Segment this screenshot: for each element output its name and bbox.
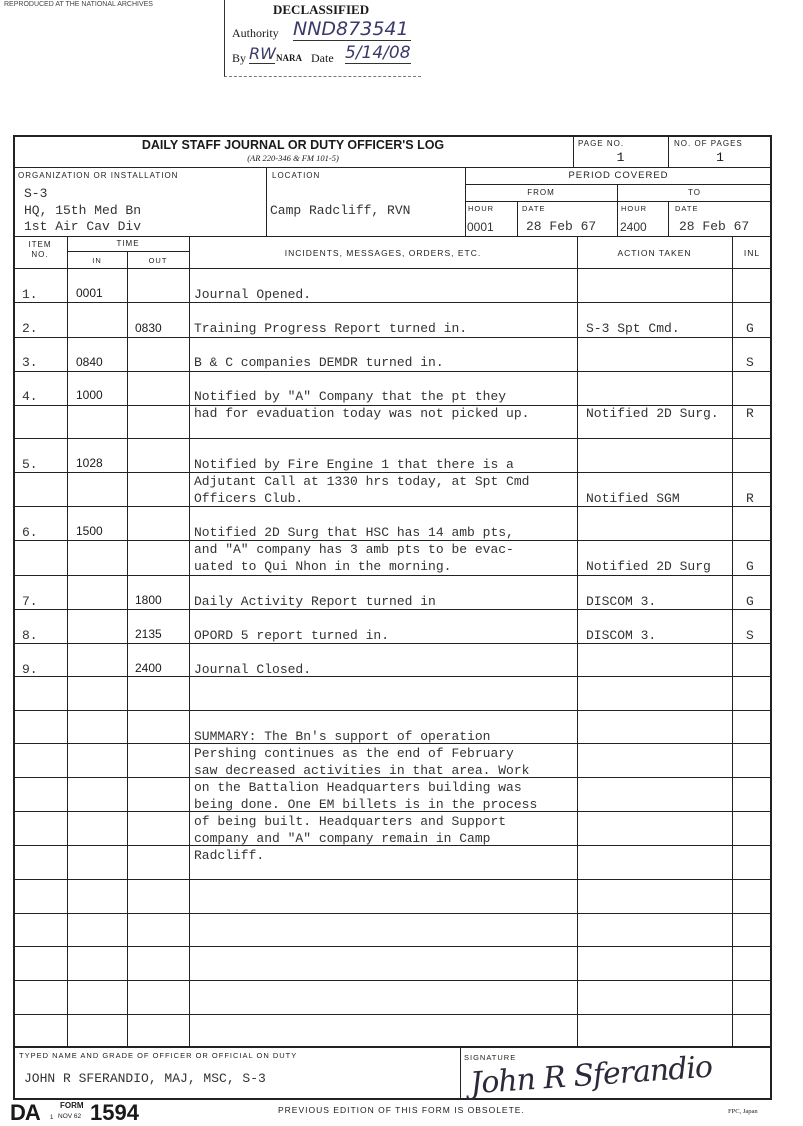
- summary-line[interactable]: company and "A" company remain in Camp: [194, 831, 490, 846]
- item-no: 5.: [22, 457, 38, 472]
- summary-line[interactable]: being done. One EM billets is in the pro…: [194, 797, 537, 812]
- initials[interactable]: R: [746, 491, 754, 506]
- summary-line[interactable]: on the Battalion Headquarters building w…: [194, 780, 522, 795]
- page-no-value: 1: [573, 150, 668, 165]
- entry-line[interactable]: uated to Qui Nhon in the morning.: [194, 559, 451, 574]
- to-hour-value[interactable]: 2400: [620, 220, 647, 234]
- entry-line[interactable]: Training Progress Report turned in.: [194, 321, 467, 336]
- to-label: TO: [617, 188, 772, 197]
- authority-value: NND873541: [293, 18, 411, 41]
- entry-line[interactable]: Officers Club.: [194, 491, 303, 506]
- entry-line[interactable]: Notified by Fire Engine 1 that there is …: [194, 457, 514, 472]
- time-in[interactable]: 0840: [76, 355, 103, 369]
- officer-label: TYPED NAME AND GRADE OF OFFICER OR OFFIC…: [19, 1051, 297, 1060]
- from-date-label: DATE: [522, 204, 545, 213]
- time-in[interactable]: 1500: [76, 524, 103, 538]
- initials[interactable]: G: [746, 321, 754, 336]
- col-in-label: IN: [67, 256, 127, 265]
- item-no: 6.: [22, 525, 38, 540]
- item-no: 3.: [22, 355, 38, 370]
- officer-name[interactable]: JOHN R SFERANDIO, MAJ, MSC, S-3: [24, 1071, 266, 1086]
- col-item-label: ITEM: [13, 240, 67, 249]
- declassified-date: 5/14/08: [345, 43, 411, 64]
- action-taken[interactable]: DISCOM 3.: [586, 628, 656, 643]
- summary-line[interactable]: Radcliff.: [194, 848, 264, 863]
- org-line-2[interactable]: HQ, 15th Med Bn: [24, 203, 141, 218]
- col-no-label: NO.: [13, 250, 67, 259]
- to-hour-label: HOUR: [621, 204, 647, 213]
- authority-label: Authority: [232, 26, 279, 41]
- col-inl-label: INL: [732, 248, 772, 258]
- form-edition-date: NOV 62: [58, 1113, 81, 1120]
- by-value: RW: [249, 44, 275, 64]
- summary-line[interactable]: of being built. Headquarters and Support: [194, 814, 506, 829]
- archive-stamp: REPRODUCED AT THE NATIONAL ARCHIVES: [4, 1, 153, 8]
- org-line-1[interactable]: S-3: [24, 186, 47, 201]
- col-action-label: ACTION TAKEN: [577, 248, 732, 258]
- num-pages-value: 1: [668, 150, 772, 165]
- entry-line[interactable]: B & C companies DEMDR turned in.: [194, 355, 444, 370]
- from-hour-value[interactable]: 0001: [467, 220, 494, 234]
- action-taken[interactable]: S-3 Spt Cmd.: [586, 321, 680, 336]
- page-no-label: PAGE NO.: [578, 139, 624, 148]
- col-time-label: TIME: [67, 239, 189, 248]
- time-out[interactable]: 0830: [135, 321, 162, 335]
- item-no: 4.: [22, 389, 38, 404]
- initials[interactable]: G: [746, 594, 754, 609]
- summary-line[interactable]: Pershing continues as the end of Februar…: [194, 746, 514, 761]
- initials[interactable]: S: [746, 628, 754, 643]
- entry-line[interactable]: and "A" company has 3 amb pts to be evac…: [194, 542, 514, 557]
- nara-label: NARA: [276, 53, 302, 63]
- to-date-value[interactable]: 28 Feb 67: [679, 219, 749, 234]
- initials[interactable]: G: [746, 559, 754, 574]
- to-date-label: DATE: [675, 204, 698, 213]
- summary-line[interactable]: saw decreased activities in that area. W…: [194, 763, 529, 778]
- item-no: 9.: [22, 662, 38, 677]
- entry-line[interactable]: Notified 2D Surg that HSC has 14 amb pts…: [194, 525, 514, 540]
- time-in[interactable]: 1000: [76, 388, 103, 402]
- num-pages-label: NO. OF PAGES: [674, 139, 743, 148]
- time-out[interactable]: 1800: [135, 593, 162, 607]
- entry-line[interactable]: had for evaduation today was not picked …: [194, 406, 529, 421]
- form-number: 1594: [90, 1100, 139, 1126]
- action-taken[interactable]: Notified SGM: [586, 491, 680, 506]
- form-edition-num: 1: [50, 1115, 53, 1121]
- time-out[interactable]: 2400: [135, 661, 162, 675]
- from-label: FROM: [465, 188, 617, 197]
- action-taken[interactable]: Notified 2D Surg.: [586, 406, 719, 421]
- form-prefix: DA: [10, 1100, 40, 1126]
- period-covered-label: PERIOD COVERED: [465, 170, 772, 181]
- org-line-3[interactable]: 1st Air Cav Div: [24, 219, 141, 234]
- entry-line[interactable]: Journal Closed.: [194, 662, 311, 677]
- obsolete-notice: PREVIOUS EDITION OF THIS FORM IS OBSOLET…: [278, 1105, 525, 1115]
- item-no: 7.: [22, 594, 38, 609]
- entry-line[interactable]: Adjutant Call at 1330 hrs today, at Spt …: [194, 474, 529, 489]
- initials[interactable]: R: [746, 406, 754, 421]
- from-date-value[interactable]: 28 Feb 67: [526, 219, 596, 234]
- declassified-stamp: DECLASSIFIED Authority NND873541 By RW N…: [224, 0, 421, 77]
- col-incidents-label: INCIDENTS, MESSAGES, ORDERS, ETC.: [189, 248, 577, 258]
- item-no: 1.: [22, 287, 38, 302]
- summary-line[interactable]: SUMMARY: The Bn's support of operation: [194, 729, 490, 744]
- entry-line[interactable]: Notified by "A" Company that the pt they: [194, 389, 506, 404]
- location-label: LOCATION: [272, 171, 320, 180]
- time-in[interactable]: 0001: [76, 286, 103, 300]
- time-in[interactable]: 1028: [76, 456, 103, 470]
- declassified-title: DECLASSIFIED: [273, 2, 369, 18]
- col-out-label: OUT: [127, 256, 189, 265]
- from-hour-label: HOUR: [468, 204, 494, 213]
- entry-line[interactable]: OPORD 5 report turned in.: [194, 628, 389, 643]
- form-word: FORM: [60, 1101, 84, 1110]
- item-no: 2.: [22, 321, 38, 336]
- initials[interactable]: S: [746, 355, 754, 370]
- entry-line[interactable]: Daily Activity Report turned in: [194, 594, 436, 609]
- date-label: Date: [311, 51, 334, 66]
- org-label: ORGANIZATION OR INSTALLATION: [18, 171, 178, 180]
- form-subtitle: (AR 220-346 & FM 101-5): [13, 153, 573, 163]
- printer-mark: FPC, Japan: [728, 1108, 758, 1115]
- action-taken[interactable]: Notified 2D Surg: [586, 559, 711, 574]
- location-value[interactable]: Camp Radcliff, RVN: [270, 203, 410, 218]
- time-out[interactable]: 2135: [135, 627, 162, 641]
- by-label: By: [232, 51, 246, 66]
- action-taken[interactable]: DISCOM 3.: [586, 594, 656, 609]
- signature-label: SIGNATURE: [464, 1053, 516, 1062]
- entry-line[interactable]: Journal Opened.: [194, 287, 311, 302]
- item-no: 8.: [22, 628, 38, 643]
- form-title: DAILY STAFF JOURNAL OR DUTY OFFICER'S LO…: [13, 138, 573, 152]
